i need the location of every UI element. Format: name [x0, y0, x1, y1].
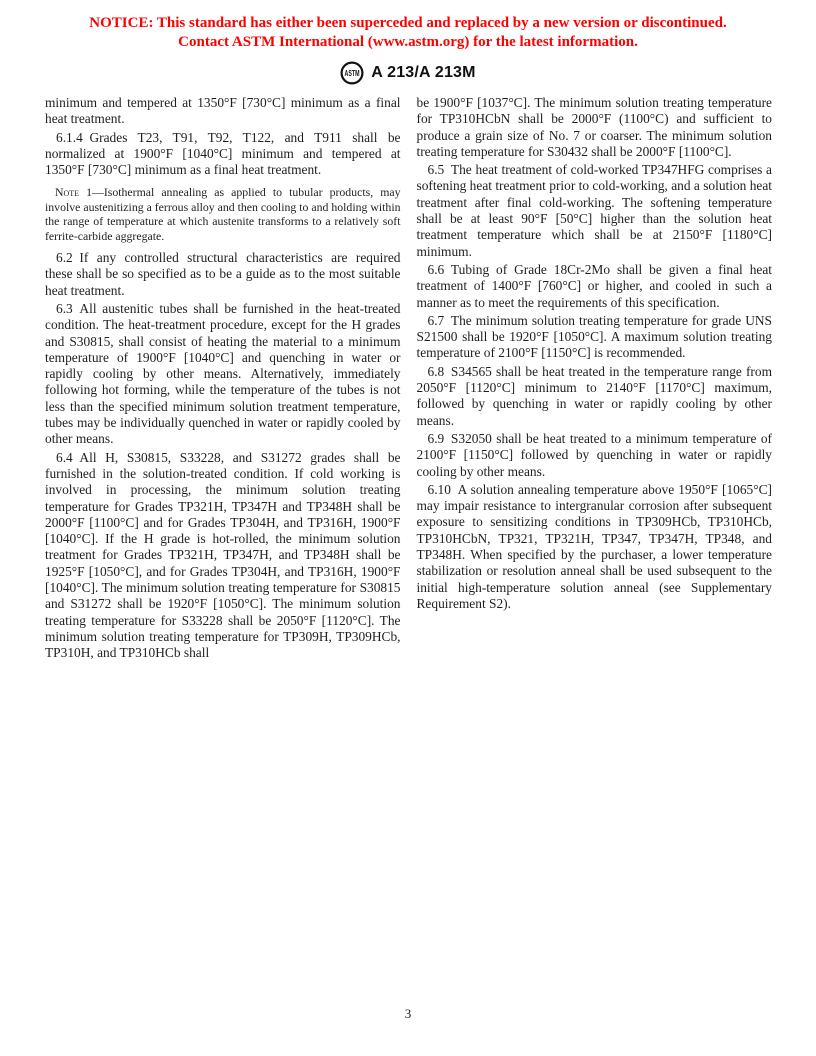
- notice-banner: NOTICE: This standard has either been su…: [0, 14, 816, 52]
- page-number: 3: [405, 1006, 412, 1021]
- svg-text:ASTM: ASTM: [345, 68, 360, 78]
- notice-line-2: Contact ASTM International (www.astm.org…: [0, 33, 816, 52]
- astm-seal-icon: ASTM: [340, 61, 364, 85]
- body-paragraph: 6.1.4 Grades T23, T91, T92, T122, and T9…: [45, 130, 401, 179]
- note-label: Note 1: [55, 185, 92, 199]
- body-paragraph: 6.2 If any controlled structural charact…: [45, 250, 401, 299]
- body-paragraph: 6.9 S32050 shall be heat treated to a mi…: [417, 431, 773, 480]
- body-paragraph: 6.10 A solution annealing temperature ab…: [417, 482, 773, 612]
- note-paragraph: Note 1—Isothermal annealing as applied t…: [45, 185, 401, 243]
- body-column-right: be 1900°F [1037°C]. The minimum solution…: [417, 95, 773, 662]
- document-body: minimum and tempered at 1350°F [730°C] m…: [45, 95, 772, 662]
- body-paragraph: 6.6 Tubing of Grade 18Cr-2Mo shall be gi…: [417, 262, 773, 311]
- page-footer: 3: [0, 1006, 816, 1022]
- body-paragraph: be 1900°F [1037°C]. The minimum solution…: [417, 95, 773, 160]
- document-designation: A 213/A 213M: [371, 64, 475, 82]
- document-header: ASTM A 213/A 213M: [0, 61, 816, 85]
- notice-line-1: NOTICE: This standard has either been su…: [0, 14, 816, 33]
- body-column-left: minimum and tempered at 1350°F [730°C] m…: [45, 95, 401, 662]
- body-paragraph: 6.7 The minimum solution treating temper…: [417, 313, 773, 362]
- body-paragraph: 6.8 S34565 shall be heat treated in the …: [417, 364, 773, 429]
- document-page: NOTICE: This standard has either been su…: [0, 0, 816, 1056]
- body-paragraph: 6.5 The heat treatment of cold-worked TP…: [417, 162, 773, 260]
- body-paragraph: minimum and tempered at 1350°F [730°C] m…: [45, 95, 401, 128]
- body-paragraph: 6.4 All H, S30815, S33228, and S31272 gr…: [45, 450, 401, 662]
- body-paragraph: 6.3 All austenitic tubes shall be furnis…: [45, 301, 401, 448]
